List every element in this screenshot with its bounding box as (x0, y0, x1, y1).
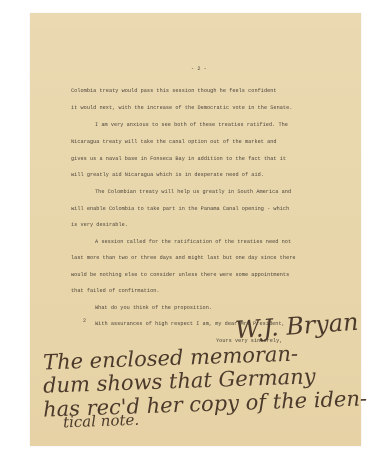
page-number: - 2 - (191, 66, 207, 72)
typed-line: A session called for the ratification of… (95, 239, 291, 245)
typed-line: What do you think of the proposition. (95, 305, 212, 311)
typed-line: The Colombian treaty will help us greatl… (95, 189, 291, 195)
handwritten-note-line: tical note. (63, 411, 140, 432)
typed-line: is very desirable. (71, 222, 128, 228)
typed-line: will enable Colombia to take part in the… (71, 206, 289, 212)
corner-page-number: 2 (83, 318, 86, 324)
typed-line: Nicaragua treaty will take the canal opt… (71, 139, 277, 145)
typed-line: I am very anxious to see both of these t… (95, 122, 288, 128)
typed-line: that failed of confirmation. (71, 288, 160, 294)
typed-line: will greatly aid Nicaragua which is in d… (71, 172, 264, 178)
typed-line: would be nothing else to consider unless… (71, 272, 289, 278)
typed-line: Colombia treaty would pass this session … (71, 88, 277, 94)
typed-line: gives us a naval base in Fonseca Bay in … (71, 156, 286, 162)
typed-line: last more than two or three days and mig… (71, 255, 296, 261)
typed-line: it would next, with the increase of the … (71, 105, 292, 111)
